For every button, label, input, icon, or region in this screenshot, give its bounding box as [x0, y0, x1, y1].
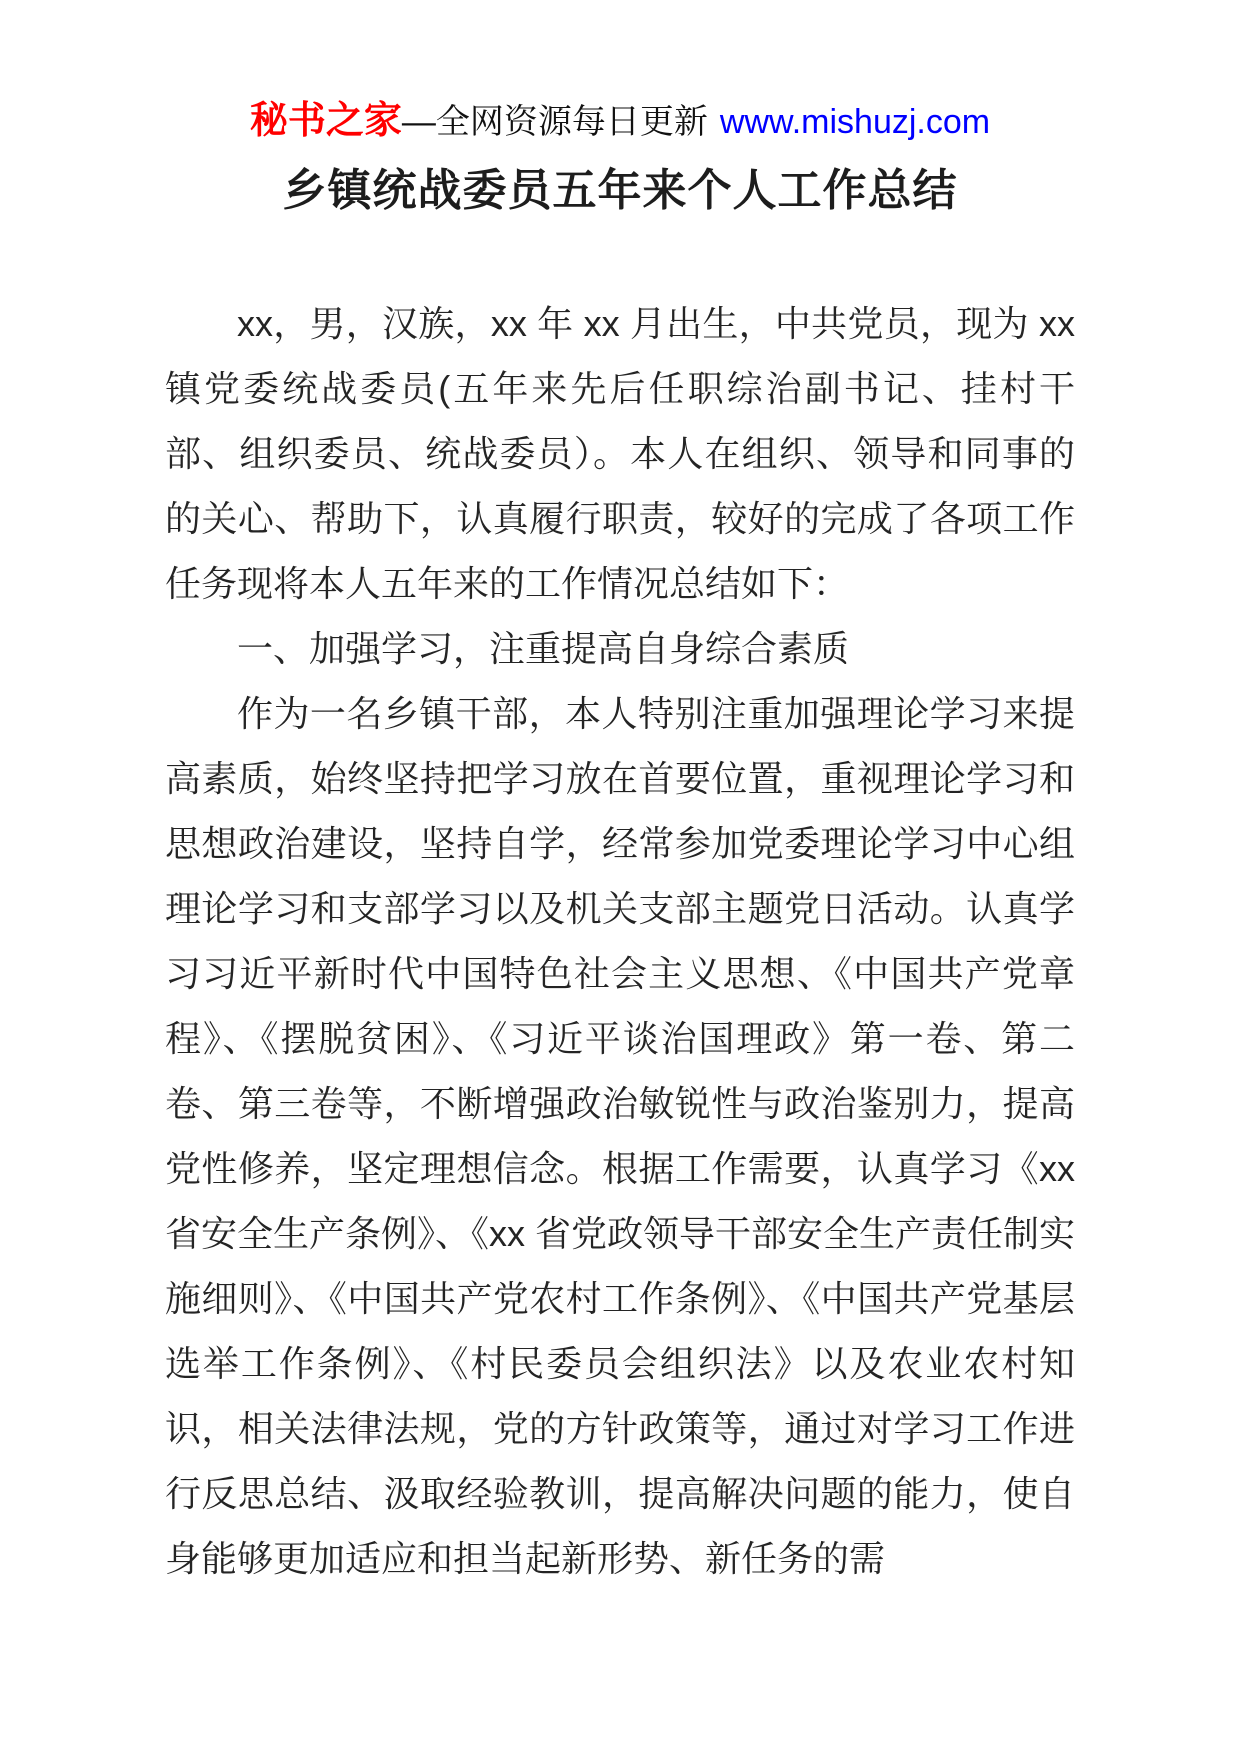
- document-body: xx，男，汉族，xx 年 xx 月出生，中共党员，现为 xx 镇党委统战委员(五…: [165, 291, 1075, 1591]
- site-tagline: —全网资源每日更新: [402, 103, 708, 141]
- document-title: 乡镇统战委员五年来个人工作总结: [0, 160, 1240, 222]
- paragraph-section-1-body: 作为一名乡镇干部，本人特别注重加强理论学习来提高素质，始终坚持把学习放在首要位置…: [165, 681, 1075, 1591]
- site-url-link[interactable]: www.mishuzj.com: [720, 103, 990, 141]
- site-header: 秘书之家—全网资源每日更新www.mishuzj.com: [0, 99, 1240, 144]
- section-heading-1: 一、加强学习，注重提高自身综合素质: [165, 616, 1075, 681]
- document-page: 秘书之家—全网资源每日更新www.mishuzj.com 乡镇统战委员五年来个人…: [0, 0, 1240, 1754]
- site-brand: 秘书之家: [250, 100, 402, 142]
- paragraph-intro: xx，男，汉族，xx 年 xx 月出生，中共党员，现为 xx 镇党委统战委员(五…: [165, 291, 1075, 616]
